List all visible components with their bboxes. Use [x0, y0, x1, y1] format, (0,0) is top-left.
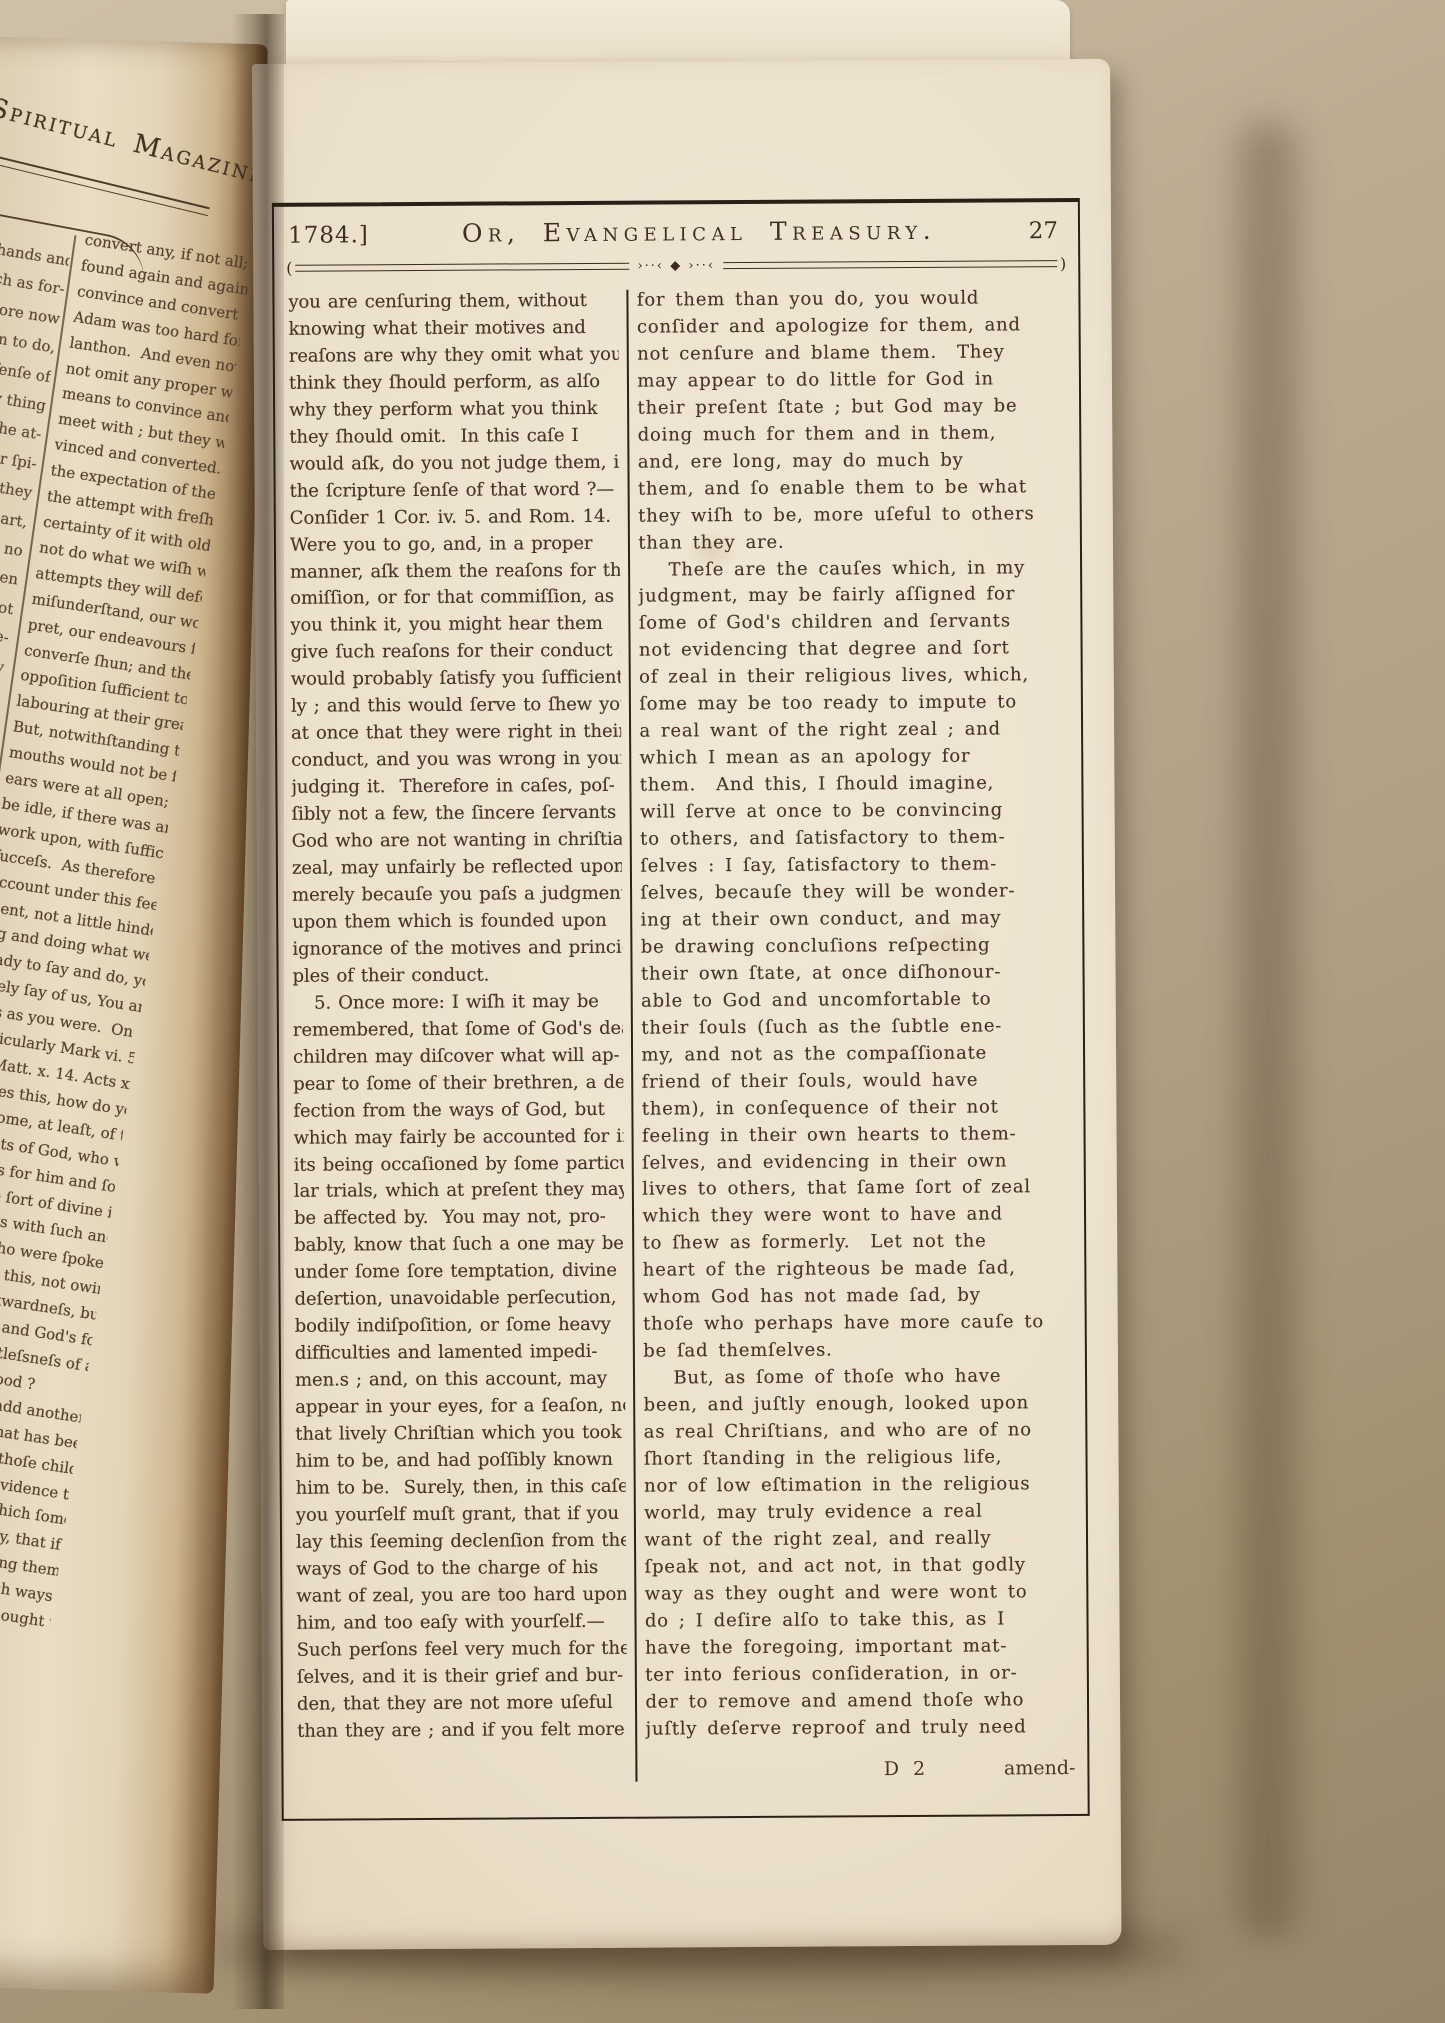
ornament-right-curl: )	[1060, 259, 1066, 269]
ornament-line-left	[295, 263, 629, 272]
page-header: 1784.] Or, Evangelical Treasury. 27	[274, 202, 1078, 249]
text-column-right: for them than you do, you would conſider…	[637, 285, 1076, 1756]
text-columns: you are cenſuring them, without knowing …	[274, 273, 1087, 1784]
signature-mark: D 2	[884, 1758, 930, 1780]
fore-edge-shadow	[1238, 120, 1298, 1940]
catchword: amend-	[1004, 1757, 1076, 1779]
page-number: 27	[1000, 218, 1058, 244]
previous-page: Spiritual Magazine; ir hands and uch as …	[0, 36, 268, 1994]
main-page: 1784.] Or, Evangelical Treasury. 27 ( ›·…	[252, 59, 1122, 1950]
text-column-left: you are cenſuring them, without knowing …	[288, 288, 627, 1784]
ornament-center-diamond: ›··‹ ◆ ›··‹	[632, 258, 720, 274]
header-year-bracket: 1784.]	[288, 222, 398, 249]
text-column-right-wrap: for them than you do, you would conſider…	[637, 285, 1076, 1782]
footer-row: D 2 amend-	[646, 1757, 1076, 1782]
page-title: Or, Evangelical Treasury.	[398, 215, 1000, 248]
photo-stage: Spiritual Magazine; ir hands and uch as …	[0, 0, 1445, 2023]
column-divider-rule	[626, 290, 638, 1782]
ornament-left-curl: (	[286, 263, 292, 273]
ornament-line-right	[723, 260, 1057, 269]
page-border-frame: 1784.] Or, Evangelical Treasury. 27 ( ›·…	[272, 198, 1090, 1821]
